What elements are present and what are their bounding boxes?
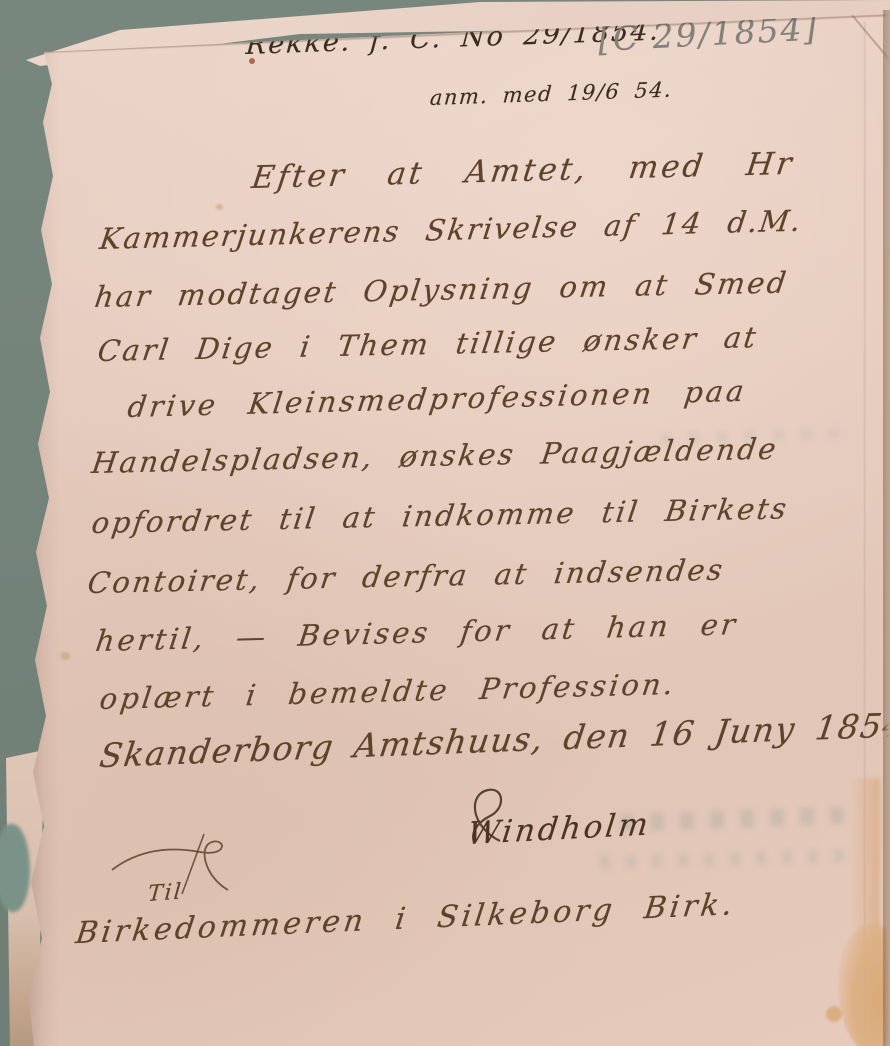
body-line: opfordret til at indkomme til Birkets — [90, 491, 791, 540]
dateline: Skanderborg Amtshuus, den 16 Juny 1854. — [97, 704, 890, 775]
body-line: Kammerjunkerens Skrivelse af 14 d.M. — [98, 204, 805, 257]
stain-speck — [60, 652, 70, 660]
scanned-letter-page: Rekke. f. C. No 29/1854. [C 29/1854] anm… — [0, 0, 890, 1046]
body-line: Carl Dige i Them tillige ønsker at — [96, 320, 761, 368]
sheet-right-edge — [883, 10, 890, 1046]
stain — [850, 778, 880, 948]
paper-sheet: Rekke. f. C. No 29/1854. [C 29/1854] anm… — [0, 0, 890, 1046]
received-note: anm. med 19/6 54. — [429, 78, 673, 111]
stain — [826, 1006, 842, 1022]
body-line: Contoiret, for derfra at indsendes — [86, 553, 727, 600]
body-line: har modtaget Oplysning om at Smed — [93, 265, 791, 314]
body-line: Handelspladsen, ønskes Paagjældende — [90, 432, 781, 480]
body-line: hertil, — Bevises for at han er — [94, 607, 740, 658]
ink-showthrough — [620, 806, 855, 832]
body-line: Efter at Amtet, med Hr — [250, 146, 797, 196]
paraph-flourish-icon — [108, 832, 298, 896]
body-line: oplært i bemeldte Profession. — [98, 667, 678, 716]
address-salutation: Til — [147, 879, 184, 907]
stain-speck — [216, 204, 223, 210]
body-line: drive Kleinsmedprofessionen paa — [126, 374, 749, 424]
ink-showthrough — [600, 849, 860, 870]
